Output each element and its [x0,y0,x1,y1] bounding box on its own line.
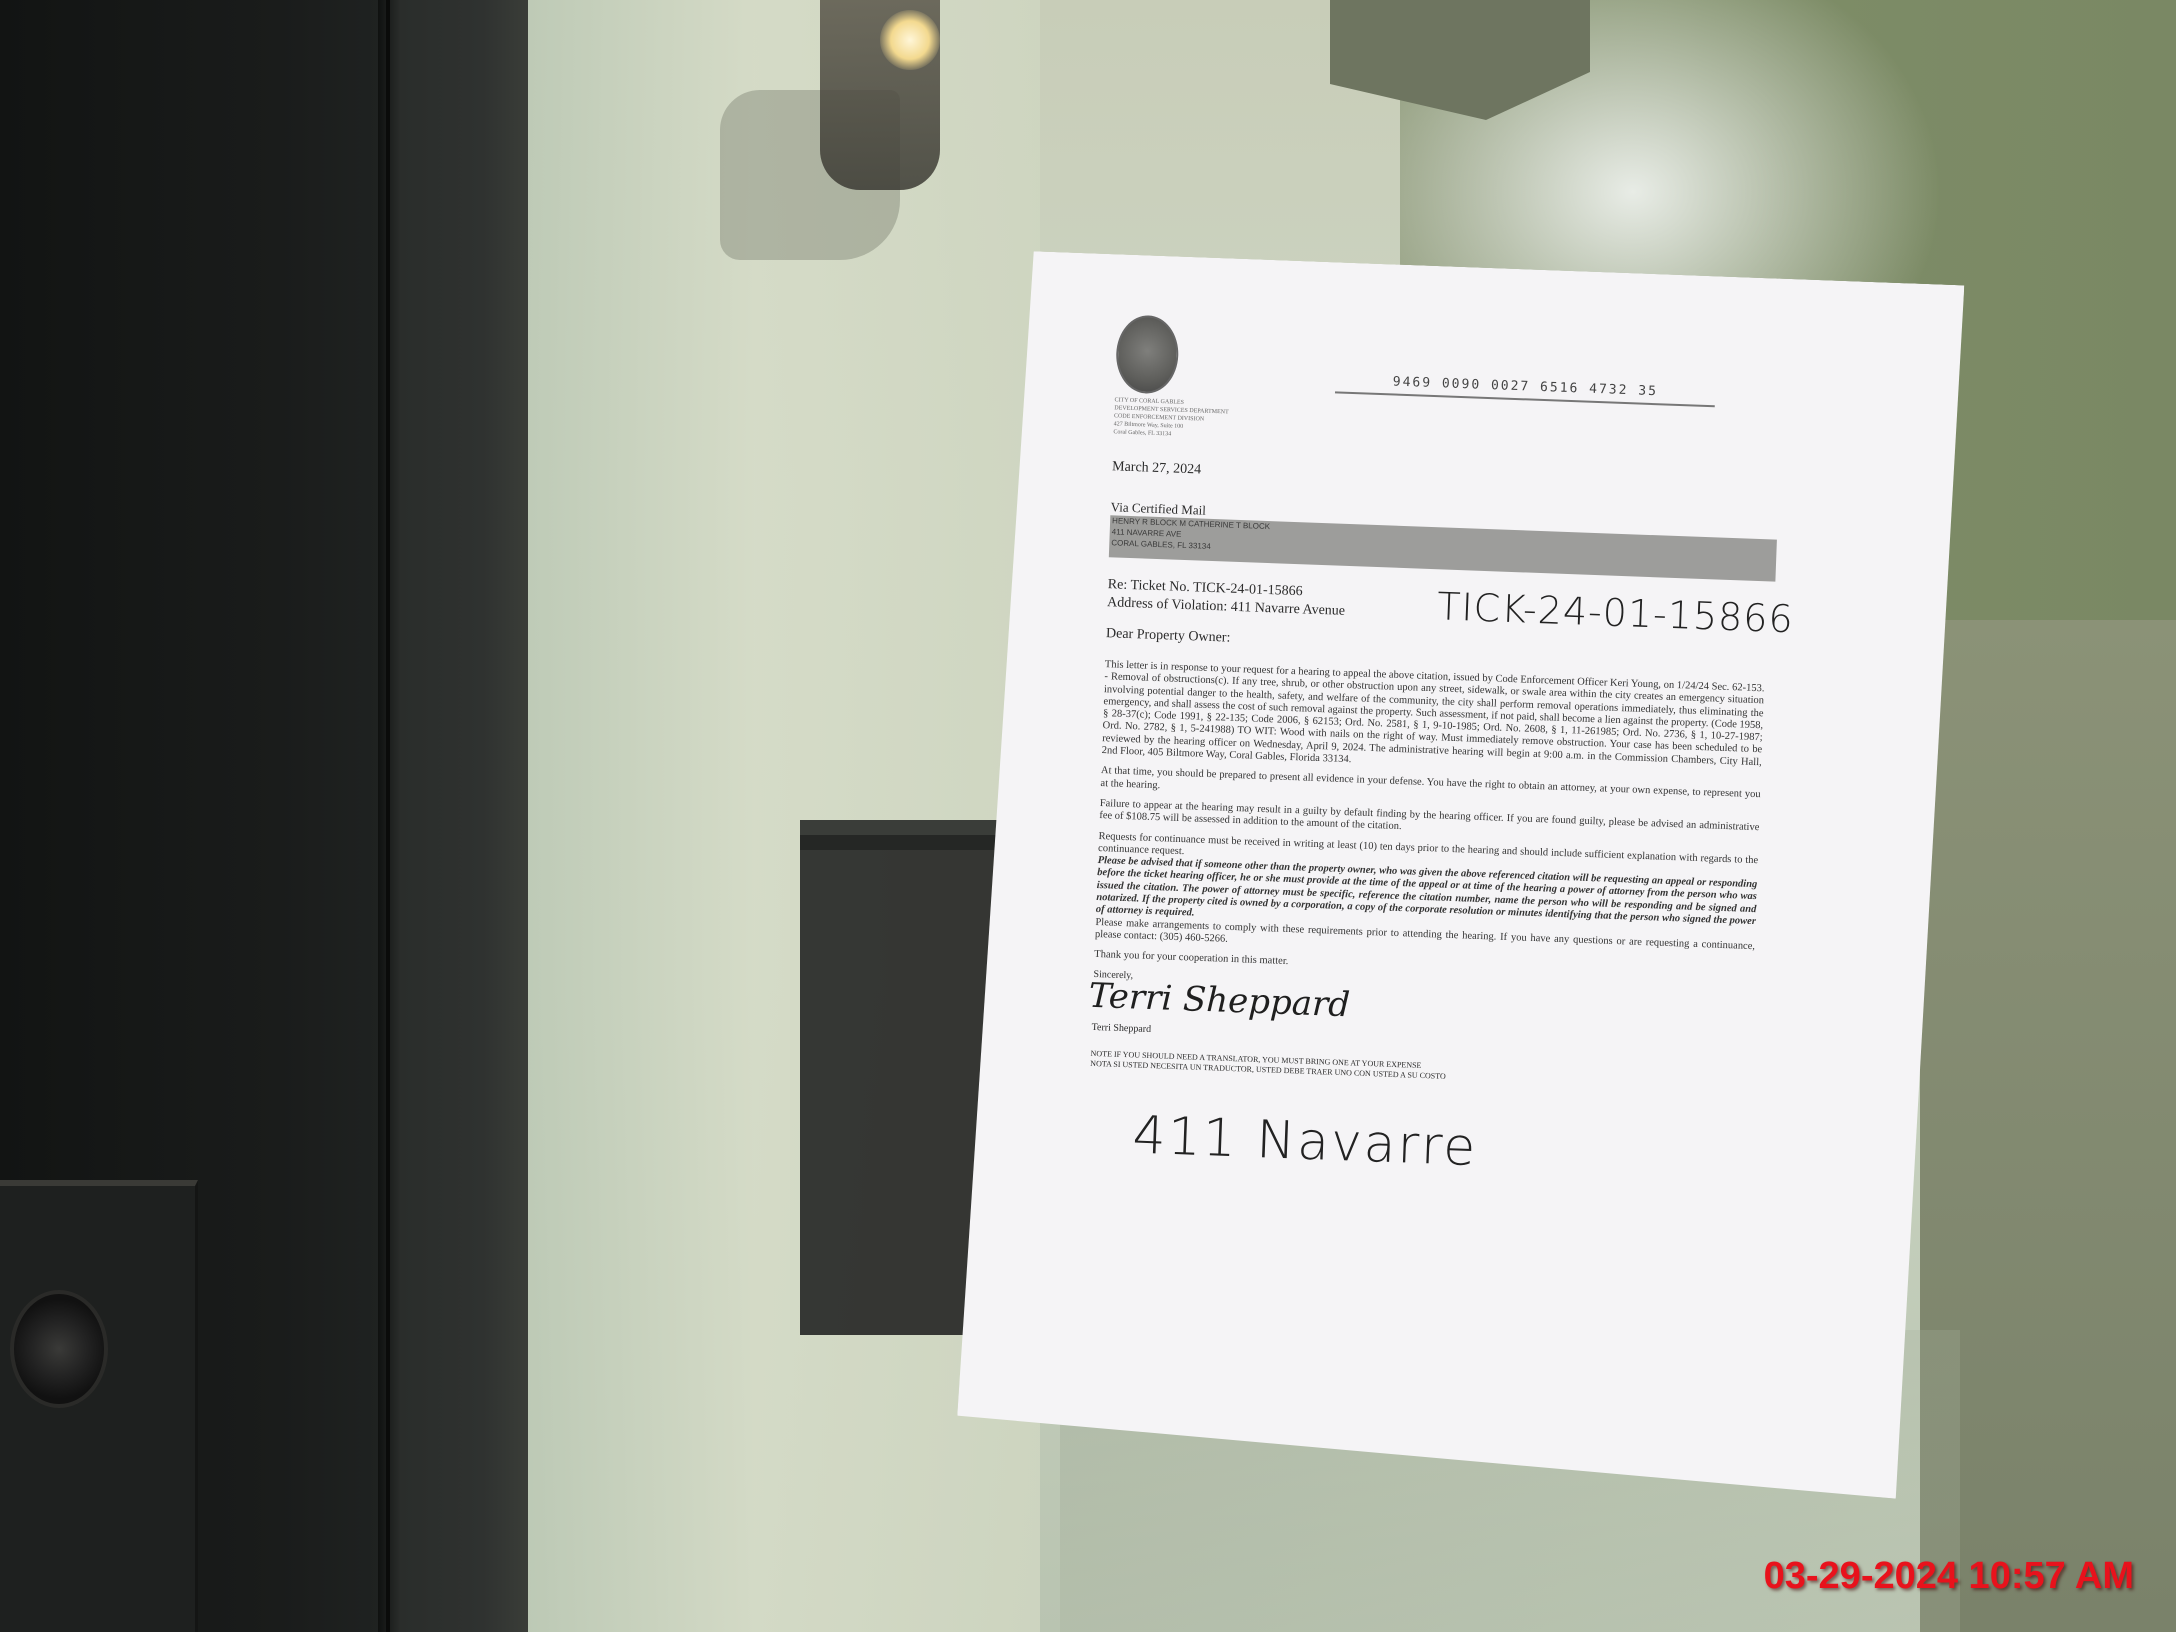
lantern-light-icon [880,10,940,70]
door-seam [386,0,390,1632]
letter-date: March 27, 2024 [1112,459,1202,478]
lock-plate [0,1180,198,1632]
salutation: Dear Property Owner: [1106,626,1231,647]
signer-name: Terri Sheppard [1091,1022,1151,1035]
posted-notice: CITY OF CORAL GABLES DEVELOPMENT SERVICE… [955,250,1964,1500]
certified-tracking-number: 9469 0090 0027 6516 4732 35 [1335,372,1716,407]
recipient-address-block: HENRY R BLOCK M CATHERINE T BLOCK 411 NA… [1109,515,1777,581]
letter-body: This letter is in response to your reque… [1094,659,1765,994]
handwritten-ticket-number: TICK-24-01-15866 [1436,584,1794,641]
letterhead-department: CITY OF CORAL GABLES DEVELOPMENT SERVICE… [1113,396,1254,441]
body-paragraph: This letter is in response to your reque… [1101,659,1764,781]
door-stile [378,0,528,1632]
signature: Terri Sheppard [1088,976,1351,1026]
reference-block: Re: Ticket No. TICK-24-01-15866 Address … [1107,576,1346,621]
photo-timestamp: 03-29-2024 10:57 AM [1764,1555,2134,1598]
city-seal-icon [1115,314,1180,394]
handwritten-address: 411 Navarre [1132,1105,1479,1178]
photo-scene: CITY OF CORAL GABLES DEVELOPMENT SERVICE… [0,0,2176,1632]
translator-note: NOTE IF YOU SHOULD NEED A TRANSLATOR, YO… [1090,1049,1610,1088]
deadbolt-lock-icon [10,1290,108,1408]
